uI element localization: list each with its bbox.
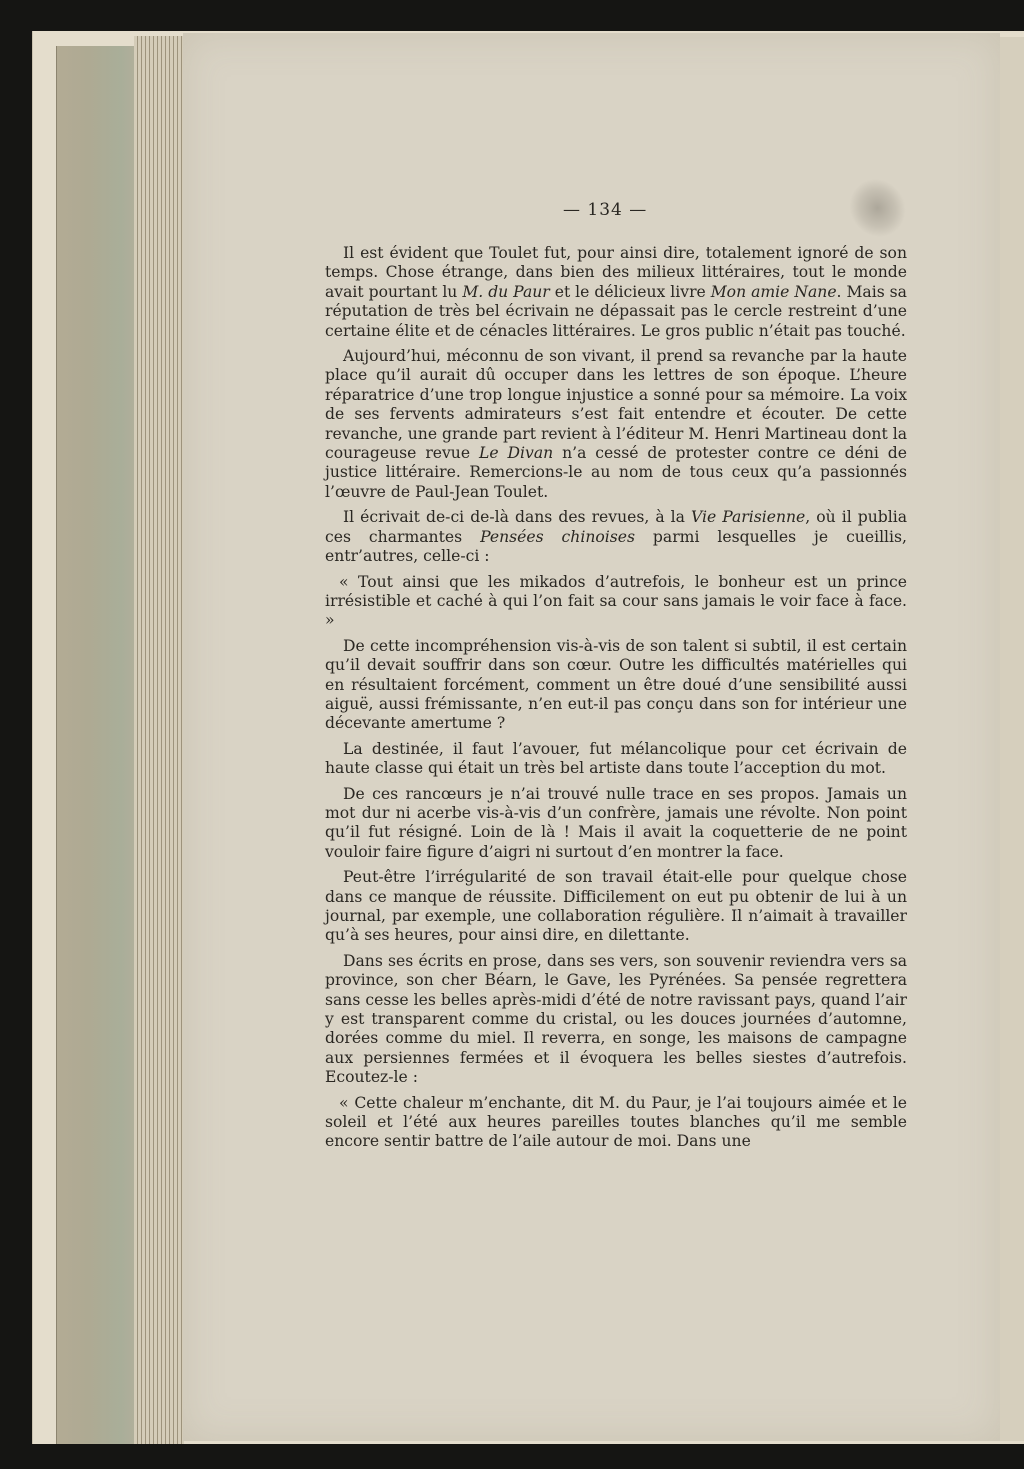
paragraph: De cette incompréhension vis-à-vis de so… <box>325 637 907 734</box>
paragraph: Peut-être l’irrégularité de son travail … <box>325 868 907 946</box>
text-run: Il écrivait de-ci de-là dans des revues,… <box>343 508 691 526</box>
endpaper-strip <box>56 46 137 1444</box>
text-run: Peut-être l’irrégularité de son travail … <box>325 868 907 944</box>
paragraph: Il est évident que Toulet fut, pour ains… <box>325 244 907 341</box>
text-run: et le délicieux livre <box>550 283 711 301</box>
italic-title: Le Divan <box>479 444 553 462</box>
quotation-paragraph: « Cette chaleur m’enchante, dit M. du Pa… <box>325 1094 907 1152</box>
italic-title: Pensées chinoises <box>480 528 635 546</box>
text-run: « Tout ainsi que les mikados d’autrefois… <box>325 573 907 630</box>
quotation-paragraph: « Tout ainsi que les mikados d’autrefois… <box>325 573 907 631</box>
page-number: — 134 — <box>563 200 647 220</box>
paragraph: Aujourd’hui, méconnu de son vivant, il p… <box>325 347 907 502</box>
book-cover-right-edge <box>998 37 1024 1441</box>
text-run: Dans ses écrits en prose, dans ses vers,… <box>325 952 907 1086</box>
italic-title: Mon amie Nane <box>711 283 837 301</box>
text-run: « Cette chaleur m’enchante, dit M. du Pa… <box>325 1094 907 1151</box>
text-run: De ces rancœurs je n’ai trouvé nulle tra… <box>325 785 907 861</box>
italic-title: M. du Paur <box>462 283 549 301</box>
paragraph: La destinée, il faut l’avouer, fut mélan… <box>325 740 907 779</box>
paragraph: De ces rancœurs je n’ai trouvé nulle tra… <box>325 785 907 863</box>
paragraph: Il écrivait de-ci de-là dans des revues,… <box>325 508 907 566</box>
italic-title: Vie Parisienne <box>691 508 805 526</box>
page-body-text: Il est évident que Toulet fut, pour ains… <box>325 244 907 1158</box>
text-run: De cette incompréhension vis-à-vis de so… <box>325 637 907 733</box>
text-run: La destinée, il faut l’avouer, fut mélan… <box>325 740 907 777</box>
paragraph: Dans ses écrits en prose, dans ses vers,… <box>325 952 907 1088</box>
page-stack-edges <box>134 36 184 1444</box>
